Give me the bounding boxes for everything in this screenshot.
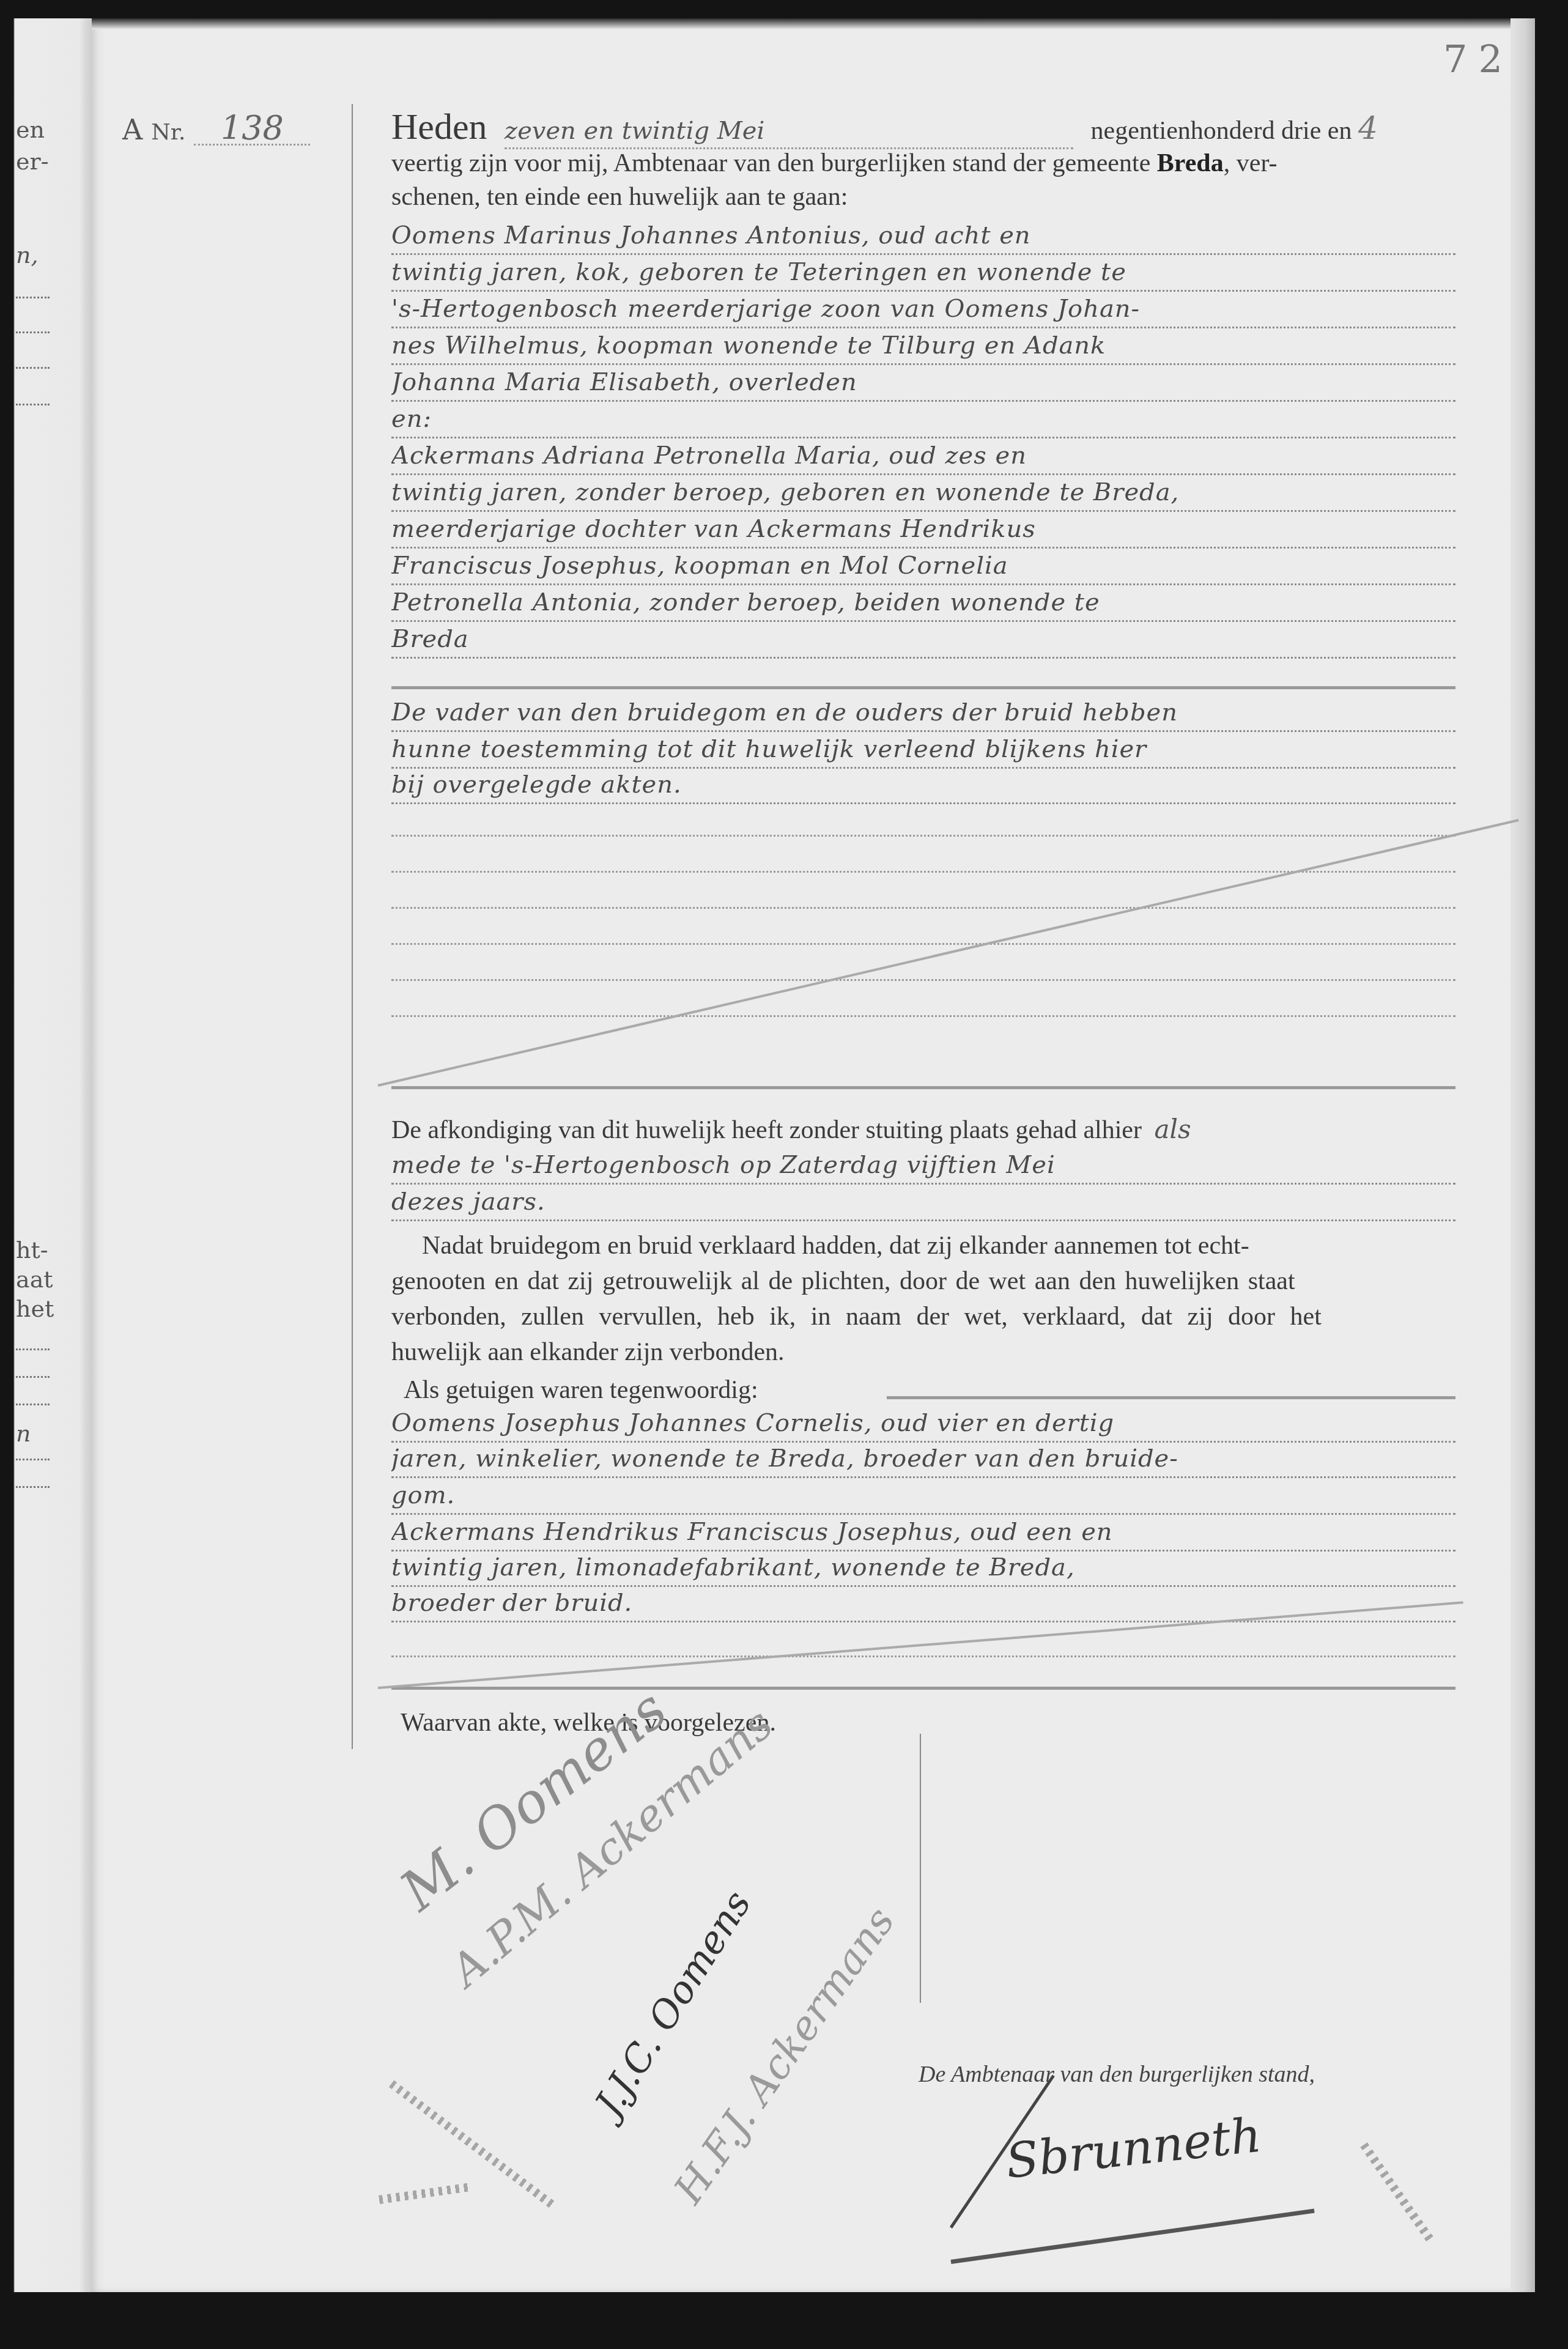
- witnesses-label: Als getuigen waren tegenwoordig:: [404, 1374, 758, 1407]
- act-number: 138: [194, 113, 310, 146]
- witness-line: Oomens Josephus Johannes Cornelis, oud v…: [391, 1407, 1455, 1443]
- year-correction-mark: 4: [1358, 111, 1378, 146]
- groom-line: 's-Hertogenbosch meerderjarige zoon van …: [391, 292, 1455, 328]
- section-rule: [391, 1687, 1455, 1690]
- consent-line: hunne toestemming tot dit huwelijk verle…: [391, 733, 1455, 769]
- prev-page-rule: [16, 1486, 50, 1488]
- consent-line: De vader van den bruidegom en de ouders …: [391, 696, 1455, 732]
- header-line-1: Heden zeven en twintig Mei negentienhond…: [391, 110, 1480, 149]
- municipality: Breda: [1157, 149, 1224, 177]
- empty-ruled-line: [391, 907, 1455, 909]
- prev-page-rule: [16, 404, 50, 405]
- previous-page-strip: en er- n, ht- aat het n: [0, 18, 104, 2293]
- declaration-line: genooten en dat zij getrouwelijk al de p…: [391, 1265, 1295, 1298]
- bride-line: twintig jaren, zonder beroep, geboren en…: [391, 476, 1455, 512]
- empty-ruled-line: [391, 835, 1455, 837]
- empty-ruled-line: [391, 1655, 1455, 1657]
- page-top-edge: [92, 18, 1535, 29]
- prev-page-text: n,: [16, 242, 39, 268]
- section-rule: [391, 686, 1455, 689]
- section-rule: [391, 1086, 1455, 1089]
- groom-line: Johanna Maria Elisabeth, overleden: [391, 366, 1455, 402]
- publication-handwritten-start: als: [1154, 1114, 1191, 1144]
- groom-line: twintig jaren, kok, geboren te Teteringe…: [391, 256, 1455, 292]
- scan-border-bottom: [0, 2292, 1568, 2349]
- consent-line: bij overgelegde akten.: [391, 768, 1455, 804]
- declaration-line: verbonden, zullen vervullen, heb ik, in …: [391, 1300, 1322, 1333]
- publication-line: mede te 's-Hertogenbosch op Zaterdag vij…: [391, 1149, 1455, 1185]
- act-nr-label: Nr.: [151, 120, 185, 145]
- empty-ruled-line: [391, 979, 1455, 981]
- prev-page-rule: [16, 331, 50, 333]
- bride-line: Petronella Antonia, zonder beroep, beide…: [391, 586, 1455, 622]
- prev-page-rule: [16, 367, 50, 369]
- header-line-2: veertig zijn voor mij, Ambtenaar van den…: [391, 147, 1468, 180]
- act-number-block: ANr.138: [122, 113, 310, 146]
- signature-divider: [920, 1734, 921, 2003]
- printed-year: negentienhonderd drie en: [1091, 117, 1352, 145]
- prev-page-rule: [16, 1376, 50, 1378]
- connector-en: en:: [391, 402, 1455, 438]
- witnesses-fill-rule: [887, 1396, 1455, 1399]
- prev-page-text: aat: [16, 1266, 53, 1293]
- witness-line: Ackermans Hendrikus Franciscus Josephus,…: [391, 1515, 1455, 1552]
- publication-line: dezes jaars.: [391, 1185, 1455, 1221]
- witness-line: broeder der bruid.: [391, 1586, 1455, 1622]
- witness-line: twintig jaren, limonadefabrikant, wonend…: [391, 1551, 1455, 1587]
- folio-number: 72: [1443, 37, 1514, 81]
- witness-line: gom.: [391, 1479, 1455, 1515]
- page-right-edge: [1511, 18, 1535, 2292]
- publication-text: De afkondiging van dit huwelijk heeft zo…: [391, 1116, 1142, 1144]
- declaration-line: huwelijk aan elkander zijn verbonden.: [391, 1336, 785, 1369]
- prev-page-text: er-: [16, 148, 49, 175]
- act-prefix: A: [122, 113, 142, 146]
- date-handwritten: zeven en twintig Mei: [505, 114, 1073, 149]
- prev-page-rule: [16, 297, 50, 298]
- prev-page-text: ht-: [16, 1237, 48, 1263]
- prev-page-rule: [16, 1348, 50, 1350]
- prev-page-rule: [16, 1459, 50, 1460]
- margin-rule: [352, 104, 353, 1749]
- official-label: De Ambtenaar van den burgerlijken stand,: [919, 2061, 1315, 2088]
- empty-ruled-line: [391, 943, 1455, 945]
- bride-line: Franciscus Josephus, koopman en Mol Corn…: [391, 549, 1455, 585]
- prev-page-text: n: [16, 1420, 31, 1447]
- prev-page-text: het: [16, 1295, 54, 1322]
- witness-line: jaren, winkelier, wonende te Breda, broe…: [391, 1442, 1455, 1478]
- prev-page-rule: [16, 1404, 50, 1405]
- empty-ruled-line: [391, 1015, 1455, 1017]
- header-line-2-end: , ver-: [1224, 149, 1278, 177]
- heden-label: Heden: [391, 106, 487, 147]
- groom-line: Oomens Marinus Johannes Antonius, oud ac…: [391, 219, 1455, 255]
- bride-line: Ackermans Adriana Petronella Maria, oud …: [391, 439, 1455, 475]
- bride-line: meerderjarige dochter van Ackermans Hend…: [391, 512, 1455, 549]
- prev-page-text: en: [16, 116, 45, 143]
- publication-printed: De afkondiging van dit huwelijk heeft zo…: [391, 1113, 1191, 1147]
- declaration-line: Nadat bruidegom en bruid verklaard hadde…: [422, 1229, 1249, 1262]
- bride-line: Breda: [391, 623, 1455, 659]
- groom-line: nes Wilhelmus, koopman wonende te Tilbur…: [391, 329, 1455, 365]
- header-line-3: schenen, ten einde een huwelijk aan te g…: [391, 180, 848, 213]
- header-line-2-text: veertig zijn voor mij, Ambtenaar van den…: [391, 149, 1150, 177]
